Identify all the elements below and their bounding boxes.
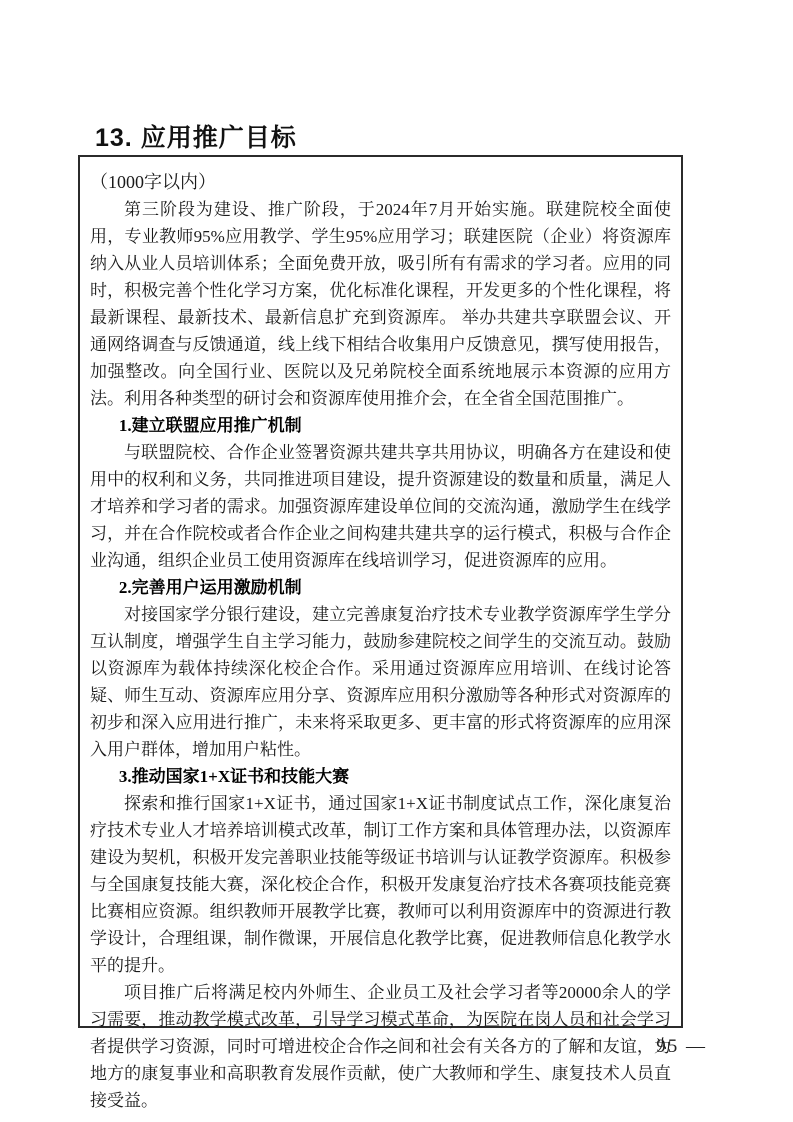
footer-center-dash: —	[378, 1036, 397, 1058]
section-heading: 1.建立联盟应用推广机制	[90, 412, 671, 439]
section-heading: 3.推动国家1+X证书和技能大赛	[90, 763, 671, 790]
body-paragraph: 对接国家学分银行建设，建立完善康复治疗技术专业教学资源库学生学分互认制度，增强学…	[90, 601, 671, 763]
section-heading: 2.完善用户运用激励机制	[90, 574, 671, 601]
page-footer: — 95 —	[0, 1036, 793, 1062]
footer-right-dash: —	[686, 1036, 707, 1057]
word-limit-note: （1000字以内）	[90, 169, 671, 196]
page-number: 95	[656, 1036, 679, 1057]
footer-page-number-group: 95 —	[656, 1036, 707, 1058]
body-paragraph: 第三阶段为建设、推广阶段，于2024年7月开始实施。联建院校全面使用，专业教师9…	[90, 196, 671, 412]
paragraph-list: 第三阶段为建设、推广阶段，于2024年7月开始实施。联建院校全面使用，专业教师9…	[90, 196, 671, 1114]
page-title: 13. 应用推广目标	[95, 118, 297, 154]
body-paragraph: 探索和推行国家1+X证书，通过国家1+X证书制度试点工作，深化康复治疗技术专业人…	[90, 790, 671, 979]
content-box: （1000字以内） 第三阶段为建设、推广阶段，于2024年7月开始实施。联建院校…	[78, 155, 683, 1028]
body-paragraph: 与联盟院校、合作企业签署资源共建共享共用协议，明确各方在建设和使用中的权利和义务…	[90, 439, 671, 574]
